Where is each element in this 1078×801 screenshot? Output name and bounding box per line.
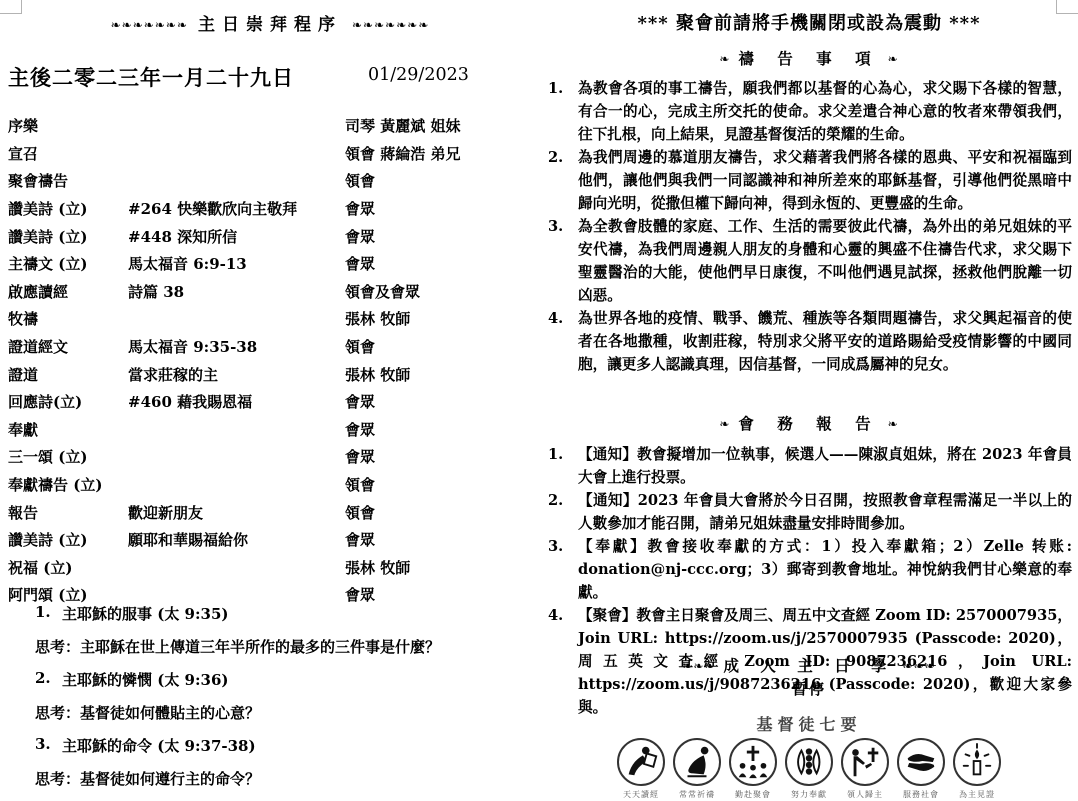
program-item-label: 證道經文 — [8, 336, 128, 357]
item-number: 3. — [545, 535, 578, 604]
date-chinese: 主後二零二三年一月二十九日 — [8, 62, 294, 92]
program-row: 聚會禱告領會 — [8, 167, 538, 195]
program-item-label: 牧禱 — [8, 308, 128, 329]
program-row: 三一頌 (立)會眾 — [8, 443, 538, 471]
seven-essentials-icons: 天天讀經常常祈禱勤赴聚會努力奉獻領人歸主服務社會為主見證 — [540, 738, 1078, 800]
seven-item: 為主見證 — [953, 738, 1002, 800]
seven-item-label: 為主見證 — [959, 789, 995, 800]
program-item-who: 會眾 — [345, 446, 538, 467]
prayer-header-text: 禱 告 事 項 — [738, 49, 879, 68]
item-number: 2. — [545, 489, 578, 535]
outline-number: 2. — [35, 669, 62, 690]
swirl-ornament-icon: ❧ — [888, 417, 899, 431]
seven-item-label: 努力奉獻 — [791, 789, 827, 800]
program-item-detail: 詩篇 38 — [128, 281, 345, 302]
program-item-who: 司琴 黃麗斌 姐妹 — [345, 115, 538, 136]
program-item-who: 會眾 — [345, 198, 538, 219]
announcement-item: 2.【通知】2023 年會員大會將於今日召開，按照教會章程需滿足一半以上的人數參… — [545, 489, 1072, 535]
item-text: 為我們周邊的慕道朋友禱告，求父藉著我們將各樣的恩典、平安和祝福臨到他們，讓他們與… — [578, 146, 1072, 215]
praying-icon — [673, 738, 721, 786]
program-row: 讚美詩 (立)#448 深知所信會眾 — [8, 222, 538, 250]
outline-point-text: 主耶穌的命令 (太 9:37-38) — [62, 735, 530, 756]
seven-item-label: 服務社會 — [903, 789, 939, 800]
seven-item-label: 領人歸主 — [847, 789, 883, 800]
swirl-ornament-icon: ❧ — [719, 52, 730, 66]
item-text: 為全教會肢體的家庭、工作、生活的需要彼此代禱，為外出的弟兄姐妹的平安代禱，為我們… — [578, 215, 1072, 307]
program-item-label: 奉獻 — [8, 419, 128, 440]
program-row: 讚美詩 (立)願耶和華賜福給你會眾 — [8, 526, 538, 554]
item-number: 2. — [545, 146, 578, 215]
outline-point: 1.主耶穌的服事 (太 9:35) — [35, 603, 530, 624]
prayer-items-list: 1.為教會各項的事工禱告，願我們都以基督的心為心，求父賜下各樣的智慧，有合一的心… — [545, 77, 1072, 376]
seven-essentials-title: 基督徒七要 — [540, 712, 1078, 735]
program-row: 讚美詩 (立)#264 快樂歡欣向主敬拜會眾 — [8, 195, 538, 223]
swirl-ornament-icon: ❧❧❧ — [682, 659, 715, 673]
seven-item: 常常祈禱 — [673, 738, 722, 800]
prayer-item: 4.為世界各地的疫情、戰爭、饑荒、種族等各類問題禱告，求父興起福音的使者在各地撒… — [545, 307, 1072, 376]
seven-essentials-section: 基督徒七要 天天讀經常常祈禱勤赴聚會努力奉獻領人歸主服務社會為主見證 — [540, 712, 1078, 800]
assembly-icon — [729, 738, 777, 786]
serving-hands-icon — [897, 738, 945, 786]
worship-program-list: 序樂司琴 黃麗斌 姐妹宣召領會 蔣綸浩 弟兄聚會禱告領會讚美詩 (立)#264 … — [8, 112, 538, 609]
bulletin-left-page: ❧❧❧❧❧❧❧主日崇拜程序❧❧❧❧❧❧❧ 主後二零二三年一月二十九日 01/29… — [0, 0, 540, 801]
program-item-who: 領會 蔣綸浩 弟兄 — [345, 143, 538, 164]
swirl-ornament-icon: ❧❧❧❧❧❧❧ — [352, 18, 429, 32]
seven-item: 努力奉獻 — [785, 738, 834, 800]
program-row: 序樂司琴 黃麗斌 姐妹 — [8, 112, 538, 140]
date-row: 主後二零二三年一月二十九日 01/29/2023 — [8, 62, 532, 90]
announcements-header-text: 會 務 報 告 — [738, 414, 879, 433]
bulletin-right-page: *** 聚會前請將手機關閉或設為震動 *** ❧禱 告 事 項❧ 1.為教會各項… — [540, 0, 1078, 801]
program-item-detail: #264 快樂歡欣向主敬拜 — [128, 198, 345, 219]
program-row: 祝福 (立)張林 牧師 — [8, 554, 538, 582]
program-item-who: 領會及會眾 — [345, 281, 538, 302]
program-row: 報告歡迎新朋友領會 — [8, 498, 538, 526]
swirl-ornament-icon: ❧ — [719, 417, 730, 431]
program-item-who: 會眾 — [345, 391, 538, 412]
announcement-item: 1.【通知】教會擬增加一位執事，候選人——陳淑貞姐妹，將在 2023 年會員大會… — [545, 443, 1072, 489]
outline-number: 3. — [35, 735, 62, 756]
sunday-school-title: 成 人 主 日 學 — [723, 656, 894, 675]
program-row: 牧禱張林 牧師 — [8, 305, 538, 333]
program-item-who: 會眾 — [345, 226, 538, 247]
program-item-who: 張林 牧師 — [345, 364, 538, 385]
program-item-label: 證道 — [8, 364, 128, 385]
item-text: 【通知】2023 年會員大會將於今日召開，按照教會章程需滿足一半以上的人數參加才… — [578, 489, 1072, 535]
prayer-section-header: ❧禱 告 事 項❧ — [540, 47, 1078, 69]
program-item-who: 領會 — [345, 336, 538, 357]
program-item-detail: #460 藉我賜恩福 — [128, 391, 345, 412]
prayer-item: 3.為全教會肢體的家庭、工作、生活的需要彼此代禱，為外出的弟兄姐妹的平安代禱，為… — [545, 215, 1072, 307]
prayer-item: 1.為教會各項的事工禱告，願我們都以基督的心為心，求父賜下各樣的智慧，有合一的心… — [545, 77, 1072, 146]
sermon-outline: 1.主耶穌的服事 (太 9:35)思考：主耶穌在世上傳道三年半所作的最多的三件事… — [35, 603, 530, 801]
program-item-detail: 馬太福音 6:9-13 — [128, 253, 345, 274]
program-item-detail: 當求莊稼的主 — [128, 364, 345, 385]
item-text: 【奉獻】教會接收奉獻的方式：1）投入奉獻箱；2）Zelle 转账: donati… — [578, 535, 1072, 604]
sunday-school-section: ❧❧❧成 人 主 日 學❧❧❧ 暫停 — [540, 654, 1078, 699]
program-item-label: 宣召 — [8, 143, 128, 164]
program-row: 宣召領會 蔣綸浩 弟兄 — [8, 140, 538, 168]
program-item-label: 三一頌 (立) — [8, 446, 128, 467]
item-number: 1. — [545, 443, 578, 489]
seven-item-label: 常常祈禱 — [679, 789, 715, 800]
outline-question: 思考：基督徒如何遵行主的命令？ — [35, 768, 530, 789]
program-item-label: 回應詩(立) — [8, 391, 128, 412]
program-item-label: 讚美詩 (立) — [8, 198, 128, 219]
program-item-who: 會眾 — [345, 253, 538, 274]
program-item-label: 讚美詩 (立) — [8, 529, 128, 550]
reading-bible-icon — [617, 738, 665, 786]
page-title: 主日崇拜程序 — [198, 15, 342, 35]
seven-item-label: 天天讀經 — [623, 789, 659, 800]
program-row: 奉獻會眾 — [8, 416, 538, 444]
program-item-who: 領會 — [345, 474, 538, 495]
program-item-who: 會眾 — [345, 419, 538, 440]
seven-item: 勤赴聚會 — [729, 738, 778, 800]
program-item-label: 讚美詩 (立) — [8, 226, 128, 247]
program-row: 證道當求莊稼的主張林 牧師 — [8, 360, 538, 388]
program-item-who: 領會 — [345, 170, 538, 191]
program-item-who: 張林 牧師 — [345, 308, 538, 329]
item-text: 為世界各地的疫情、戰爭、饑荒、種族等各類問題禱告，求父興起福音的使者在各地撒種，… — [578, 307, 1072, 376]
outline-point: 3.主耶穌的命令 (太 9:37-38) — [35, 735, 530, 756]
sunday-school-status: 暫停 — [540, 678, 1078, 699]
seven-item: 領人歸主 — [841, 738, 890, 800]
outline-point-text: 主耶穌的服事 (太 9:35) — [62, 603, 530, 624]
outline-number: 1. — [35, 603, 62, 624]
lead-to-christ-icon — [841, 738, 889, 786]
seven-item: 天天讀經 — [617, 738, 666, 800]
phone-silence-notice: *** 聚會前請將手機關閉或設為震動 *** — [540, 9, 1078, 35]
item-text: 為教會各項的事工禱告，願我們都以基督的心為心，求父賜下各樣的智慧，有合一的心，完… — [578, 77, 1072, 146]
program-item-detail: #448 深知所信 — [128, 226, 345, 247]
program-item-label: 奉獻禱告 (立) — [8, 474, 128, 495]
outline-question: 思考：主耶穌在世上傳道三年半所作的最多的三件事是什麼？ — [35, 636, 530, 657]
prayer-item: 2.為我們周邊的慕道朋友禱告，求父藉著我們將各樣的恩典、平安和祝福臨到他們，讓他… — [545, 146, 1072, 215]
item-number: 4. — [545, 307, 578, 376]
date-numeric: 01/29/2023 — [368, 65, 469, 85]
program-item-who: 張林 牧師 — [345, 557, 538, 578]
seven-item-label: 勤赴聚會 — [735, 789, 771, 800]
item-text: 【通知】教會擬增加一位執事，候選人——陳淑貞姐妹，將在 2023 年會員大會上進… — [578, 443, 1072, 489]
program-item-label: 報告 — [8, 502, 128, 523]
program-item-label: 序樂 — [8, 115, 128, 136]
program-row: 證道經文馬太福音 9:35-38領會 — [8, 333, 538, 361]
program-row: 回應詩(立)#460 藉我賜恩福會眾 — [8, 388, 538, 416]
program-item-detail: 馬太福音 9:35-38 — [128, 336, 345, 357]
program-item-label: 主禱文 (立) — [8, 253, 128, 274]
sunday-school-header: ❧❧❧成 人 主 日 學❧❧❧ — [540, 654, 1078, 676]
candle-witness-icon — [953, 738, 1001, 786]
program-item-label: 祝福 (立) — [8, 557, 128, 578]
program-item-who: 領會 — [345, 502, 538, 523]
swirl-ornament-icon: ❧❧❧❧❧❧❧ — [111, 18, 188, 32]
swirl-ornament-icon: ❧❧❧ — [903, 659, 936, 673]
outline-point-text: 主耶穌的憐憫 (太 9:36) — [62, 669, 530, 690]
program-header: ❧❧❧❧❧❧❧主日崇拜程序❧❧❧❧❧❧❧ — [0, 10, 540, 35]
offering-icon — [785, 738, 833, 786]
program-row: 主禱文 (立)馬太福音 6:9-13會眾 — [8, 250, 538, 278]
outline-question: 思考：基督徒如何體貼主的心意？ — [35, 702, 530, 723]
program-item-detail: 願耶和華賜福給你 — [128, 529, 345, 550]
program-item-who: 會眾 — [345, 529, 538, 550]
program-item-label: 聚會禱告 — [8, 170, 128, 191]
item-number: 3. — [545, 215, 578, 307]
seven-item: 服務社會 — [897, 738, 946, 800]
item-number: 1. — [545, 77, 578, 146]
program-row: 奉獻禱告 (立)領會 — [8, 471, 538, 499]
announcement-item: 3.【奉獻】教會接收奉獻的方式：1）投入奉獻箱；2）Zelle 转账: dona… — [545, 535, 1072, 604]
outline-point: 2.主耶穌的憐憫 (太 9:36) — [35, 669, 530, 690]
announcements-section-header: ❧會 務 報 告❧ — [540, 412, 1078, 434]
program-row: 啟應讀經詩篇 38領會及會眾 — [8, 278, 538, 306]
program-item-detail: 歡迎新朋友 — [128, 502, 345, 523]
swirl-ornament-icon: ❧ — [888, 52, 899, 66]
program-item-label: 啟應讀經 — [8, 281, 128, 302]
